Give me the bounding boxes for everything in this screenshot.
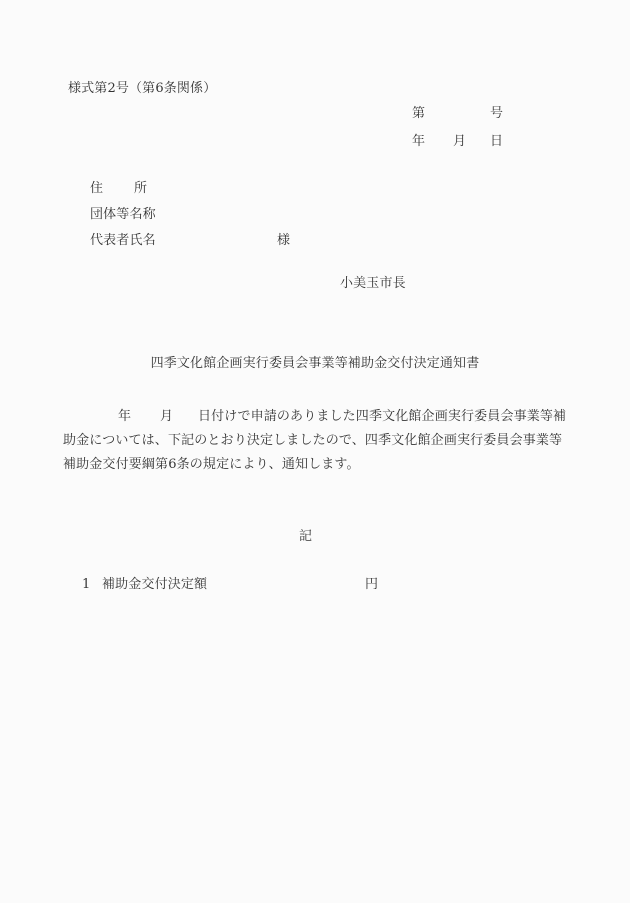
body-line1-year-label: 年: [118, 410, 131, 423]
representative-label: 代表者氏名: [90, 234, 156, 247]
body-line1-text: 日付けで申請のありました四季文化館企画実行委員会事業等補: [198, 410, 566, 423]
notice-ki-heading: 記: [299, 530, 312, 543]
address-label-part1: 住: [90, 182, 103, 195]
form-number: 様式第2号（第6条関係）: [68, 82, 216, 95]
sender-mayor-title: 小美玉市長: [340, 277, 406, 290]
document-title: 四季文化館企画実行委員会事業等補助金交付決定通知書: [0, 357, 630, 370]
document-page: 様式第2号（第6条関係） 第 号 年 月 日 住 所 団体等名称 代表者氏名 様…: [0, 0, 630, 903]
body-line2-text: 助金については、下記のとおり決定しましたので、四季文化館企画実行委員会事業等: [63, 434, 562, 447]
doc-number-prefix: 第: [412, 107, 425, 120]
address-label-part2: 所: [134, 182, 147, 195]
organization-label: 団体等名称: [90, 208, 156, 221]
date-day-label: 日: [490, 135, 503, 148]
item-number: 1: [82, 578, 90, 591]
doc-number-suffix: 号: [490, 107, 503, 120]
body-line3-text: 補助金交付要綱第6条の規定により、通知します。: [63, 458, 360, 471]
item-unit-yen: 円: [365, 578, 378, 591]
honorific-sama: 様: [277, 234, 290, 247]
date-year-label: 年: [412, 135, 425, 148]
body-line1-month-label: 月: [160, 410, 173, 423]
item-label: 補助金交付決定額: [102, 578, 207, 591]
date-month-label: 月: [453, 135, 466, 148]
